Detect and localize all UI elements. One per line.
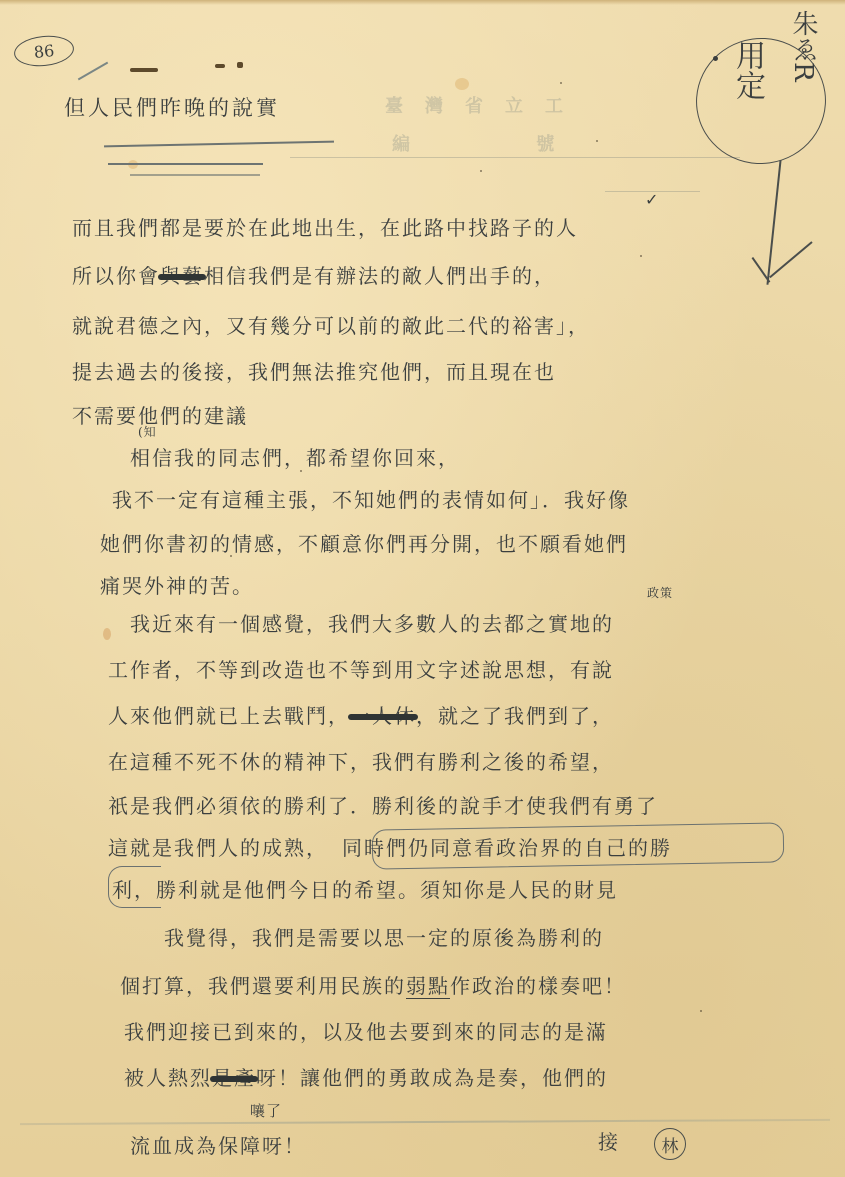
text-line: 祇是我們必須依的勝利了．勝利後的說手才使我們有勇了 [108,790,658,819]
margin-note-dot [713,56,718,61]
text-line: 工作者，不等到改造也不等到用文字述說思想，有說 [108,654,614,683]
seal-char: 林 [662,1132,679,1157]
ink-dash-mark [215,64,225,68]
text-line: 個打算，我們還要利用民族的弱點作政治的樣奏吧！ [120,970,626,999]
faded-letterhead-title: 臺灣省立工 [385,92,585,118]
boxed-text: 利 [112,878,134,902]
struck-text: 與藝 [160,260,204,289]
paper-stain [128,160,138,169]
text-line: 這就是我們人的成熟，同時們仍同意看政治界的自己的勝 [108,832,672,861]
text-segment: 作政治的樣奏吧！ [450,974,626,998]
text-line: 在這種不死不休的精神下，我們有勝利之後的希望， [108,746,614,775]
faded-letterhead-rule [290,157,740,158]
text-line: 而且我們都是要於在此地出生，在此路中找路子的人 [72,212,578,241]
text-line: 不需要他們的建議 [72,400,248,429]
text-segment: 所以你會 [72,264,160,288]
text-segment: 呀！讓他們的勇敢成為是奏，他們的 [256,1066,608,1090]
circled-page-number: 86 [13,33,76,69]
paper-speck [560,82,562,84]
text-line: 利，勝利就是他們今日的希望。須知你是人民的財見 [112,874,618,903]
text-segment: 被人 [124,1066,168,1090]
text-segment: 個打算，我們還要利用民族的 [120,974,406,998]
text-segment: 人來他們就已上去戰鬥， [108,704,350,728]
text-segment: 都之實地的 [504,612,614,636]
text-segment: 這就是我們人的成熟， [108,836,328,860]
insertion-mark: 政策 [647,584,673,601]
paper-speck [640,255,642,257]
text-segment: ，勝利就是他們今日的希望。須知你是人民的財見 [134,878,618,902]
text-segment: 相信我們是有辦法的敵人們出手的， [204,264,556,288]
checkmark: ✓ [645,190,659,209]
text-line: 我不一定有這種主張，不知她們的表情如何」．我好像 [112,484,630,513]
text-line: 相信我的同志們，都希望你回來， [130,442,460,471]
struck-text: 一人休 [350,700,416,729]
title-underline [104,141,334,147]
text-line: 我們迎接已到來的，以及他去要到來的同志的是滿 [124,1016,608,1045]
text-line: 我覺得，我們是需要以思一定的原後為勝利的 [164,922,604,951]
signature: 接 [598,1126,620,1155]
paper-stain [455,78,469,90]
text-line: 我近來有一個感覺，我們大多數人的去都之實地的 [130,608,614,637]
margin-note-arrow-line [766,160,781,284]
text-line: 所以你會與藝相信我們是有辦法的敵人們出手的， [72,260,556,289]
text-segment: ，就之了我們到了， [416,704,614,728]
margin-note-circled-chars: 用定 [730,40,764,100]
text-segment: 我近來有一個感覺，我們大多數人的去 [130,612,504,636]
text-line: 提去過去的後接，我們無法推究他們，而且現在也 [72,356,556,385]
paper-top-edge [0,0,845,5]
text-line: 她們你書初的情感，不顧意你們再分開，也不願看她們 [100,528,628,557]
paper-stain [103,628,111,640]
text-line: 被人熱烈是產呀！讓他們的勇敢成為是奏，他們的 [124,1062,608,1091]
struck-text: 是產 [212,1062,256,1091]
ink-dot-mark [237,62,243,68]
title-underline [130,174,260,176]
text-line: 就說君德之內，又有幾分可以前的敵此二代的裕害」， [72,310,590,339]
text-line: 痛哭外神的苦。 [100,570,254,599]
paper-speck [480,170,482,172]
text-segment: 熱烈 [168,1066,212,1090]
boxed-text: 同時們仍同意看政治界的自己的勝 [342,836,672,860]
faded-letterhead-subtitle: 編 號 [392,130,614,156]
text-line: 流血成為保障呀！ [130,1130,306,1159]
paper-speck [700,1010,702,1012]
title-underline [108,163,263,165]
manuscript-page: 臺灣省立工 編 號 86 但人民們昨晚的說實 用定 朱ゑR ✓ 而且我們都是要於… [0,0,845,1177]
text-line: 人來他們就已上去戰鬥，一人休，就之了我們到了， [108,700,614,729]
circled-seal: 林 [654,1128,686,1160]
ink-dash-mark [130,68,158,72]
paper-fold-line [20,1119,830,1125]
insertion-mark: (知 [138,423,157,440]
pencil-slash-mark [78,62,108,81]
margin-note-side-chars: 朱ゑR [786,10,820,82]
margin-note-arrow-head [769,241,812,278]
page-number-text: 86 [33,40,55,61]
underlined-text: 弱點 [406,974,450,999]
manuscript-title: 但人民們昨晚的說實 [64,92,280,122]
insertion-mark: 嚷了 [250,1100,282,1121]
